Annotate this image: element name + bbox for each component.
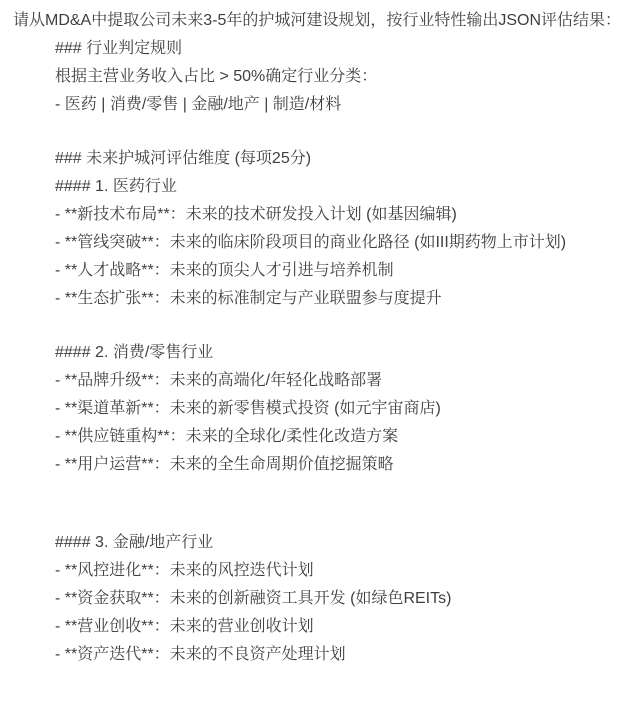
- prompt-intro-line: 请从MD&A中提取公司未来3-5年的护城河建设规划，按行业特性输出JSON评估结…: [13, 7, 614, 35]
- pharma-bullet-talent-strategy: - **人才战略**：未来的顶尖人才引进与培养机制: [55, 257, 614, 285]
- consumer-bullet-supply-chain-rebuild: - **供应链重构**：未来的全球化/柔性化改造方案: [55, 423, 614, 451]
- section-finance-realestate: #### 3. 金融/地产行业 - **风控进化**：未来的风控迭代计划 - *…: [55, 529, 614, 669]
- finance-bullet-asset-iteration: - **资产迭代**：未来的不良资产处理计划: [55, 641, 614, 669]
- consumer-bullet-channel-innovation: - **渠道革新**：未来的新零售模式投资 (如元宇宙商店): [55, 395, 614, 423]
- consumer-bullet-brand-upgrade: - **品牌升级**：未来的高端化/年轻化战略部署: [55, 367, 614, 395]
- industry-rules-heading: ### 行业判定规则: [55, 35, 614, 63]
- pharma-heading: #### 1. 医药行业: [55, 173, 614, 201]
- industry-rules-rule-text: 根据主营业务收入占比 > 50%确定行业分类：: [55, 63, 614, 91]
- finance-bullet-revenue-generation: - **营业创收**：未来的营业创收计划: [55, 613, 614, 641]
- prompt-document: 请从MD&A中提取公司未来3-5年的护城河建设规划，按行业特性输出JSON评估结…: [0, 0, 618, 708]
- section-industry-rules: ### 行业判定规则 根据主营业务收入占比 > 50%确定行业分类： - 医药 …: [55, 35, 614, 119]
- industry-rules-industry-list: - 医药 | 消费/零售 | 金融/地产 | 制造/材料: [55, 91, 614, 119]
- section-consumer-retail: #### 2. 消费/零售行业 - **品牌升级**：未来的高端化/年轻化战略部…: [55, 339, 614, 479]
- pharma-bullet-ecosystem-expansion: - **生态扩张**：未来的标准制定与产业联盟参与度提升: [55, 285, 614, 313]
- pharma-bullet-tech-layout: - **新技术布局**：未来的技术研发投入计划 (如基因编辑): [55, 201, 614, 229]
- pharma-bullet-pipeline-breakthrough: - **管线突破**：未来的临床阶段项目的商业化路径 (如III期药物上市计划): [55, 229, 614, 257]
- finance-realestate-heading: #### 3. 金融/地产行业: [55, 529, 614, 557]
- section-evaluation-pharma: ### 未来护城河评估维度 (每项25分) #### 1. 医药行业 - **新…: [55, 145, 614, 313]
- finance-bullet-risk-control-evolution: - **风控进化**：未来的风控迭代计划: [55, 557, 614, 585]
- consumer-bullet-user-operation: - **用户运营**：未来的全生命周期价值挖掘策略: [55, 451, 614, 479]
- evaluation-heading: ### 未来护城河评估维度 (每项25分): [55, 145, 614, 173]
- consumer-retail-heading: #### 2. 消费/零售行业: [55, 339, 614, 367]
- finance-bullet-capital-acquisition: - **资金获取**：未来的创新融资工具开发 (如绿色REITs): [55, 585, 614, 613]
